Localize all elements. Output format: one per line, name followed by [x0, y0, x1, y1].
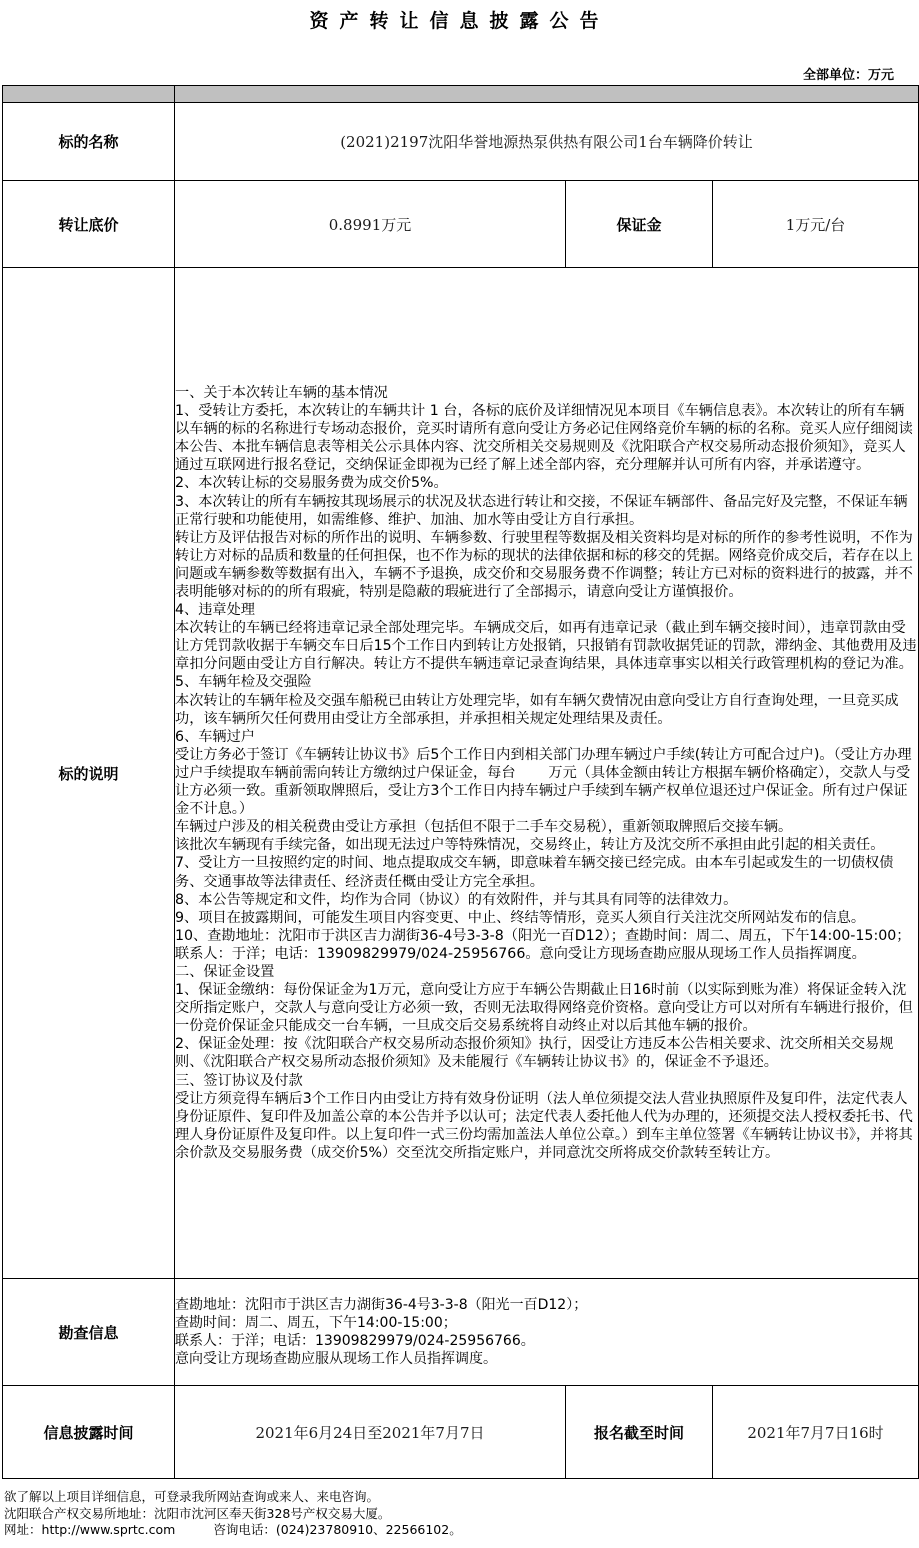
desc-line: 8、本公告等规定和文件，均作为合同（协议）的有效附件，并与其具有同等的法律效力。 — [175, 891, 918, 909]
desc-line: 5、车辆年检及交强险 — [175, 673, 918, 691]
desc-line: 该批次车辆现有手续完备，如出现无法过户等特殊情况，交易终止，转让方及沈交所不承担… — [175, 836, 918, 854]
description-label: 标的说明 — [3, 268, 175, 1279]
desc-line: 9、项目在披露期间，可能发生项目内容变更、中止、终结等情形，竞买人须自行关注沈交… — [175, 909, 918, 927]
subject-name-row: 标的名称 (2021)2197沈阳华誉地源热泵供热有限公司1台车辆降价转让 — [3, 103, 919, 181]
reserve-price-value: 0.8991万元 — [175, 181, 566, 268]
reserve-price-label: 转让底价 — [3, 181, 175, 268]
desc-line: 1、保证金缴纳：每份保证金为1万元，意向受让方应于车辆公告期截止日16时前（以实… — [175, 981, 918, 1035]
description-body: 一、关于本次转让车辆的基本情况 1、受转让方委托，本次转让的车辆共计 1 台，各… — [175, 268, 919, 1279]
registration-deadline-label: 报名截至时间 — [566, 1386, 713, 1479]
disclosure-period-label: 信息披露时间 — [3, 1386, 175, 1479]
desc-line: 2、本次转让标的交易服务费为成交价5%。 — [175, 474, 918, 492]
desc-line: 二、保证金设置 — [175, 963, 918, 981]
footer-contact: 网址：http://www.sprtc.com咨询电话：(024)2378091… — [4, 1522, 462, 1539]
unit-note: 全部单位：万元 — [803, 67, 894, 85]
description-row: 标的说明 一、关于本次转让车辆的基本情况 1、受转让方委托，本次转让的车辆共计 … — [3, 268, 919, 1279]
desc-line: 三、签订协议及付款 — [175, 1072, 918, 1090]
disclosure-row: 信息披露时间 2021年6月24日至2021年7月7日 报名截至时间 2021年… — [3, 1386, 919, 1479]
desc-line: 6、车辆过户 — [175, 728, 918, 746]
desc-line: 2、保证金处理：按《沈阳联合产权交易所动态报价须知》执行，因受让方违反本公告相关… — [175, 1035, 918, 1071]
desc-line: 本次转让的车辆年检及交强车船税已由转让方处理完毕，如有车辆欠费情况由意向受让方自… — [175, 692, 918, 728]
footer: 欲了解以上项目详细信息，可登录我所网站查询或来人、来电咨询。 沈阳联合产权交易所… — [4, 1489, 462, 1539]
desc-line: 转让方及评估报告对标的所作出的说明、车辆参数、行驶里程等数据及相关资料均是对标的… — [175, 529, 918, 601]
desc-line: 4、违章处理 — [175, 601, 918, 619]
page-title: 资产转让信息披露公告 — [0, 8, 919, 34]
website-label: 网址： — [4, 1522, 42, 1537]
survey-note: 意向受让方现场查勘应服从现场工作人员指挥调度。 — [175, 1350, 918, 1368]
survey-row: 勘查信息 查勘地址：沈阳市于洪区吉力湖街36-4号3-3-8（阳光一百D12）；… — [3, 1279, 919, 1386]
header-cell-left — [3, 86, 175, 103]
phone-label: 咨询电话： — [213, 1522, 276, 1537]
desc-line: 受让方须竞得车辆后3个工作日内由受让方持有效身份证明（法人单位须提交法人营业执照… — [175, 1090, 918, 1162]
registration-deadline-value: 2021年7月7日16时 — [713, 1386, 919, 1479]
deposit-label: 保证金 — [566, 181, 713, 268]
phone-number: (024)23780910、22566102。 — [276, 1522, 462, 1537]
header-cell-right — [175, 86, 919, 103]
website-link[interactable]: http://www.sprtc.com — [42, 1522, 176, 1537]
desc-line: 车辆过户涉及的相关税费由受让方承担（包括但不限于二手车交易税），重新领取牌照后交… — [175, 818, 918, 836]
desc-line: 3、本次转让的所有车辆按其现场展示的状况及状态进行转让和交接，不保证车辆部件、备… — [175, 493, 918, 529]
price-row: 转让底价 0.8991万元 保证金 1万元/台 — [3, 181, 919, 268]
disclosure-period-value: 2021年6月24日至2021年7月7日 — [175, 1386, 566, 1479]
desc-line: 一、关于本次转让车辆的基本情况 — [175, 384, 918, 402]
footer-inquiry: 欲了解以上项目详细信息，可登录我所网站查询或来人、来电咨询。 — [4, 1489, 462, 1506]
subject-name-label: 标的名称 — [3, 103, 175, 181]
announcement-table: 标的名称 (2021)2197沈阳华誉地源热泵供热有限公司1台车辆降价转让 转让… — [2, 85, 919, 1479]
footer-address: 沈阳联合产权交易所地址：沈阳市沈河区奉天街328号产权交易大厦。 — [4, 1506, 462, 1523]
header-row — [3, 86, 919, 103]
desc-line: 10、查勘地址：沈阳市于洪区吉力湖街36-4号3-3-8（阳光一百D12）；查勘… — [175, 927, 918, 963]
survey-body: 查勘地址：沈阳市于洪区吉力湖街36-4号3-3-8（阳光一百D12）； 查勘时间… — [175, 1279, 919, 1386]
desc-line: 7、受让方一旦按照约定的时间、地点提取成交车辆，即意味着车辆交接已经完成。由本车… — [175, 854, 918, 890]
desc-line: 本次转让的车辆已经将违章记录全部处理完毕。车辆成交后，如再有违章记录（截止到车辆… — [175, 619, 918, 673]
survey-address: 查勘地址：沈阳市于洪区吉力湖街36-4号3-3-8（阳光一百D12）； — [175, 1296, 918, 1314]
survey-label: 勘查信息 — [3, 1279, 175, 1386]
survey-contact: 联系人：于洋；电话：13909829979/024-25956766。 — [175, 1332, 918, 1350]
subject-name-value: (2021)2197沈阳华誉地源热泵供热有限公司1台车辆降价转让 — [175, 103, 919, 181]
desc-line: 1、受转让方委托，本次转让的车辆共计 1 台，各标的底价及详细情况见本项目《车辆… — [175, 402, 918, 474]
desc-line: 受让方务必于签订《车辆转让协议书》后5个工作日内到相关部门办理车辆过户手续(转让… — [175, 746, 918, 818]
deposit-value: 1万元/台 — [713, 181, 919, 268]
survey-time: 查勘时间：周二、周五，下午14:00-15:00； — [175, 1314, 918, 1332]
